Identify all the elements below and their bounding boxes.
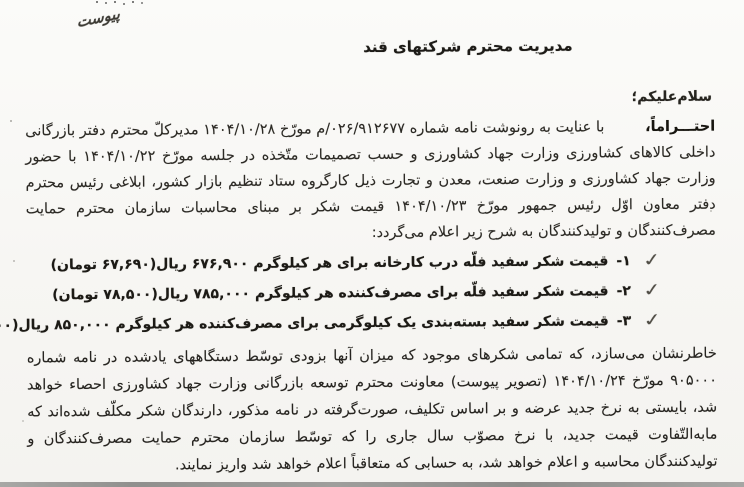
item-number: ۳-: [617, 311, 632, 332]
closing-paragraph: خاطرنشان می‌سازد، که تمامی شکرهای موجود …: [27, 341, 718, 481]
item-number: ۲-: [617, 281, 632, 302]
intro-text: با عنایت به رونوشت نامه شماره ۰۲۶/۹۱۲۶۷۷…: [25, 119, 716, 241]
checkmark-icon: ✓: [641, 308, 663, 332]
price-item-2: ✓ ۲- قیمت شکر سفید فلّه برای مصرف‌کننده …: [40, 279, 658, 306]
scanned-letter-page: پیوست مدیریت محترم شرکتهای قند سلام‌علیک…: [0, 0, 744, 487]
item-text: قیمت شکر سفید بسته‌بندی یک کیلوگرمی برای…: [0, 311, 609, 337]
item-number: ۱-: [616, 251, 631, 272]
checkmark-icon: ✓: [641, 278, 663, 302]
handwritten-attachment-note: پیوست: [76, 5, 120, 32]
greeting-line: سلام‌علیکم؛: [632, 89, 712, 106]
salutation: احتـــراماً،: [645, 119, 715, 135]
checkmark-icon: ✓: [641, 248, 663, 272]
price-item-3: ✓ ۳- قیمت شکر سفید بسته‌بندی یک کیلوگرمی…: [40, 309, 658, 336]
item-text: قیمت شکر سفید فلّه برای مصرف‌کننده هر کی…: [52, 281, 609, 306]
price-list: ✓ ۱- قیمت شکر سفید فلّه درب کارخانه برای…: [40, 249, 659, 343]
intro-paragraph: احتـــراماً، با عنایت به رونوشت نامه شما…: [25, 114, 716, 249]
item-text: قیمت شکر سفید فلّه درب کارخانه برای هر ک…: [51, 251, 609, 276]
price-item-1: ✓ ۱- قیمت شکر سفید فلّه درب کارخانه برای…: [40, 249, 658, 276]
letter-title: مدیریت محترم شرکتهای قند: [363, 37, 573, 56]
scan-edge-artifact: [0, 482, 744, 487]
